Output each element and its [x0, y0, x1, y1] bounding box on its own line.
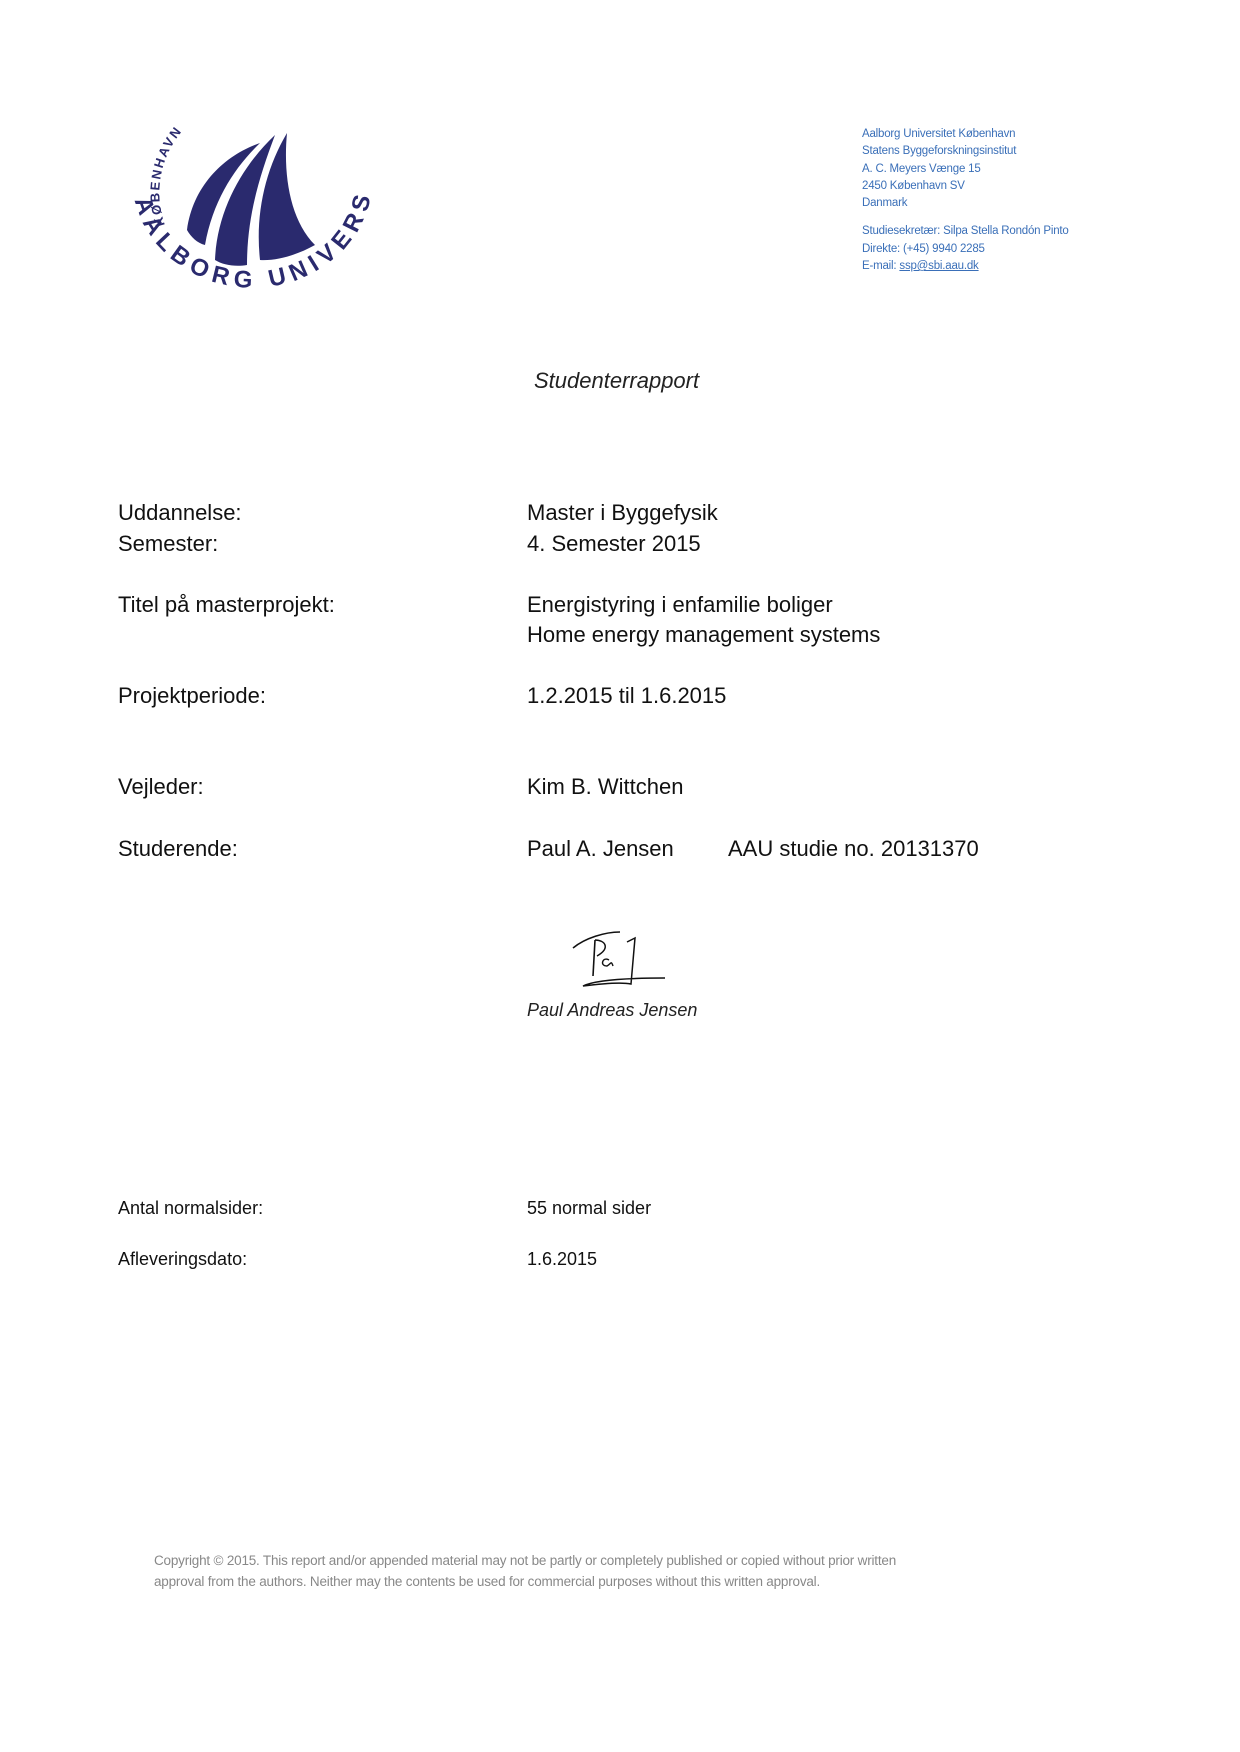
email-link[interactable]: ssp@sbi.aau.dk — [899, 260, 978, 272]
period-label: Projektperiode: — [118, 683, 266, 709]
pages-label: Antal normalsider: — [118, 1198, 263, 1219]
student-id: AAU studie no. 20131370 — [728, 836, 979, 862]
secretary-line: Studiesekretær: Silpa Stella Rondón Pint… — [862, 223, 1069, 240]
title-value-english: Home energy management systems — [527, 622, 880, 648]
copyright-line-1: Copyright © 2015. This report and/or app… — [154, 1550, 1014, 1571]
signature — [565, 918, 685, 998]
title-value-danish: Energistyring i enfamilie boliger — [527, 592, 833, 618]
report-type: Studenterrapport — [534, 368, 699, 394]
semester-label: Semester: — [118, 531, 218, 557]
student-value: Paul A. Jensen — [527, 836, 674, 862]
period-value: 1.2.2015 til 1.6.2015 — [527, 683, 726, 709]
address-line: Aalborg Universitet København — [862, 126, 1069, 143]
title-label: Titel på masterprojekt: — [118, 592, 335, 618]
education-value: Master i Byggefysik — [527, 500, 718, 526]
email-label: E-mail: — [862, 260, 899, 272]
pages-value: 55 normal sider — [527, 1198, 651, 1219]
email-line: E-mail: ssp@sbi.aau.dk — [862, 258, 1069, 275]
supervisor-value: Kim B. Wittchen — [527, 774, 683, 800]
address-block: Aalborg Universitet København Statens By… — [862, 126, 1069, 275]
supervisor-label: Vejleder: — [118, 774, 204, 800]
address-line: Statens Byggeforskningsinstitut — [862, 143, 1069, 160]
university-logo: KØBENHAVN AALBORG UNIVERSITET — [125, 95, 390, 320]
copyright-notice: Copyright © 2015. This report and/or app… — [154, 1550, 1014, 1592]
education-label: Uddannelse: — [118, 500, 242, 526]
signature-name: Paul Andreas Jensen — [527, 1000, 697, 1021]
delivery-date-label: Afleveringsdato: — [118, 1249, 247, 1270]
phone-line: Direkte: (+45) 9940 2285 — [862, 241, 1069, 258]
aalborg-logo-icon: KØBENHAVN AALBORG UNIVERSITET — [125, 95, 390, 320]
copyright-line-2: approval from the authors. Neither may t… — [154, 1571, 1014, 1592]
delivery-date-value: 1.6.2015 — [527, 1249, 597, 1270]
address-line: A. C. Meyers Vænge 15 — [862, 161, 1069, 178]
semester-value: 4. Semester 2015 — [527, 531, 701, 557]
student-label: Studerende: — [118, 836, 238, 862]
address-line: 2450 København SV — [862, 178, 1069, 195]
signature-icon — [565, 918, 685, 998]
address-line: Danmark — [862, 195, 1069, 212]
